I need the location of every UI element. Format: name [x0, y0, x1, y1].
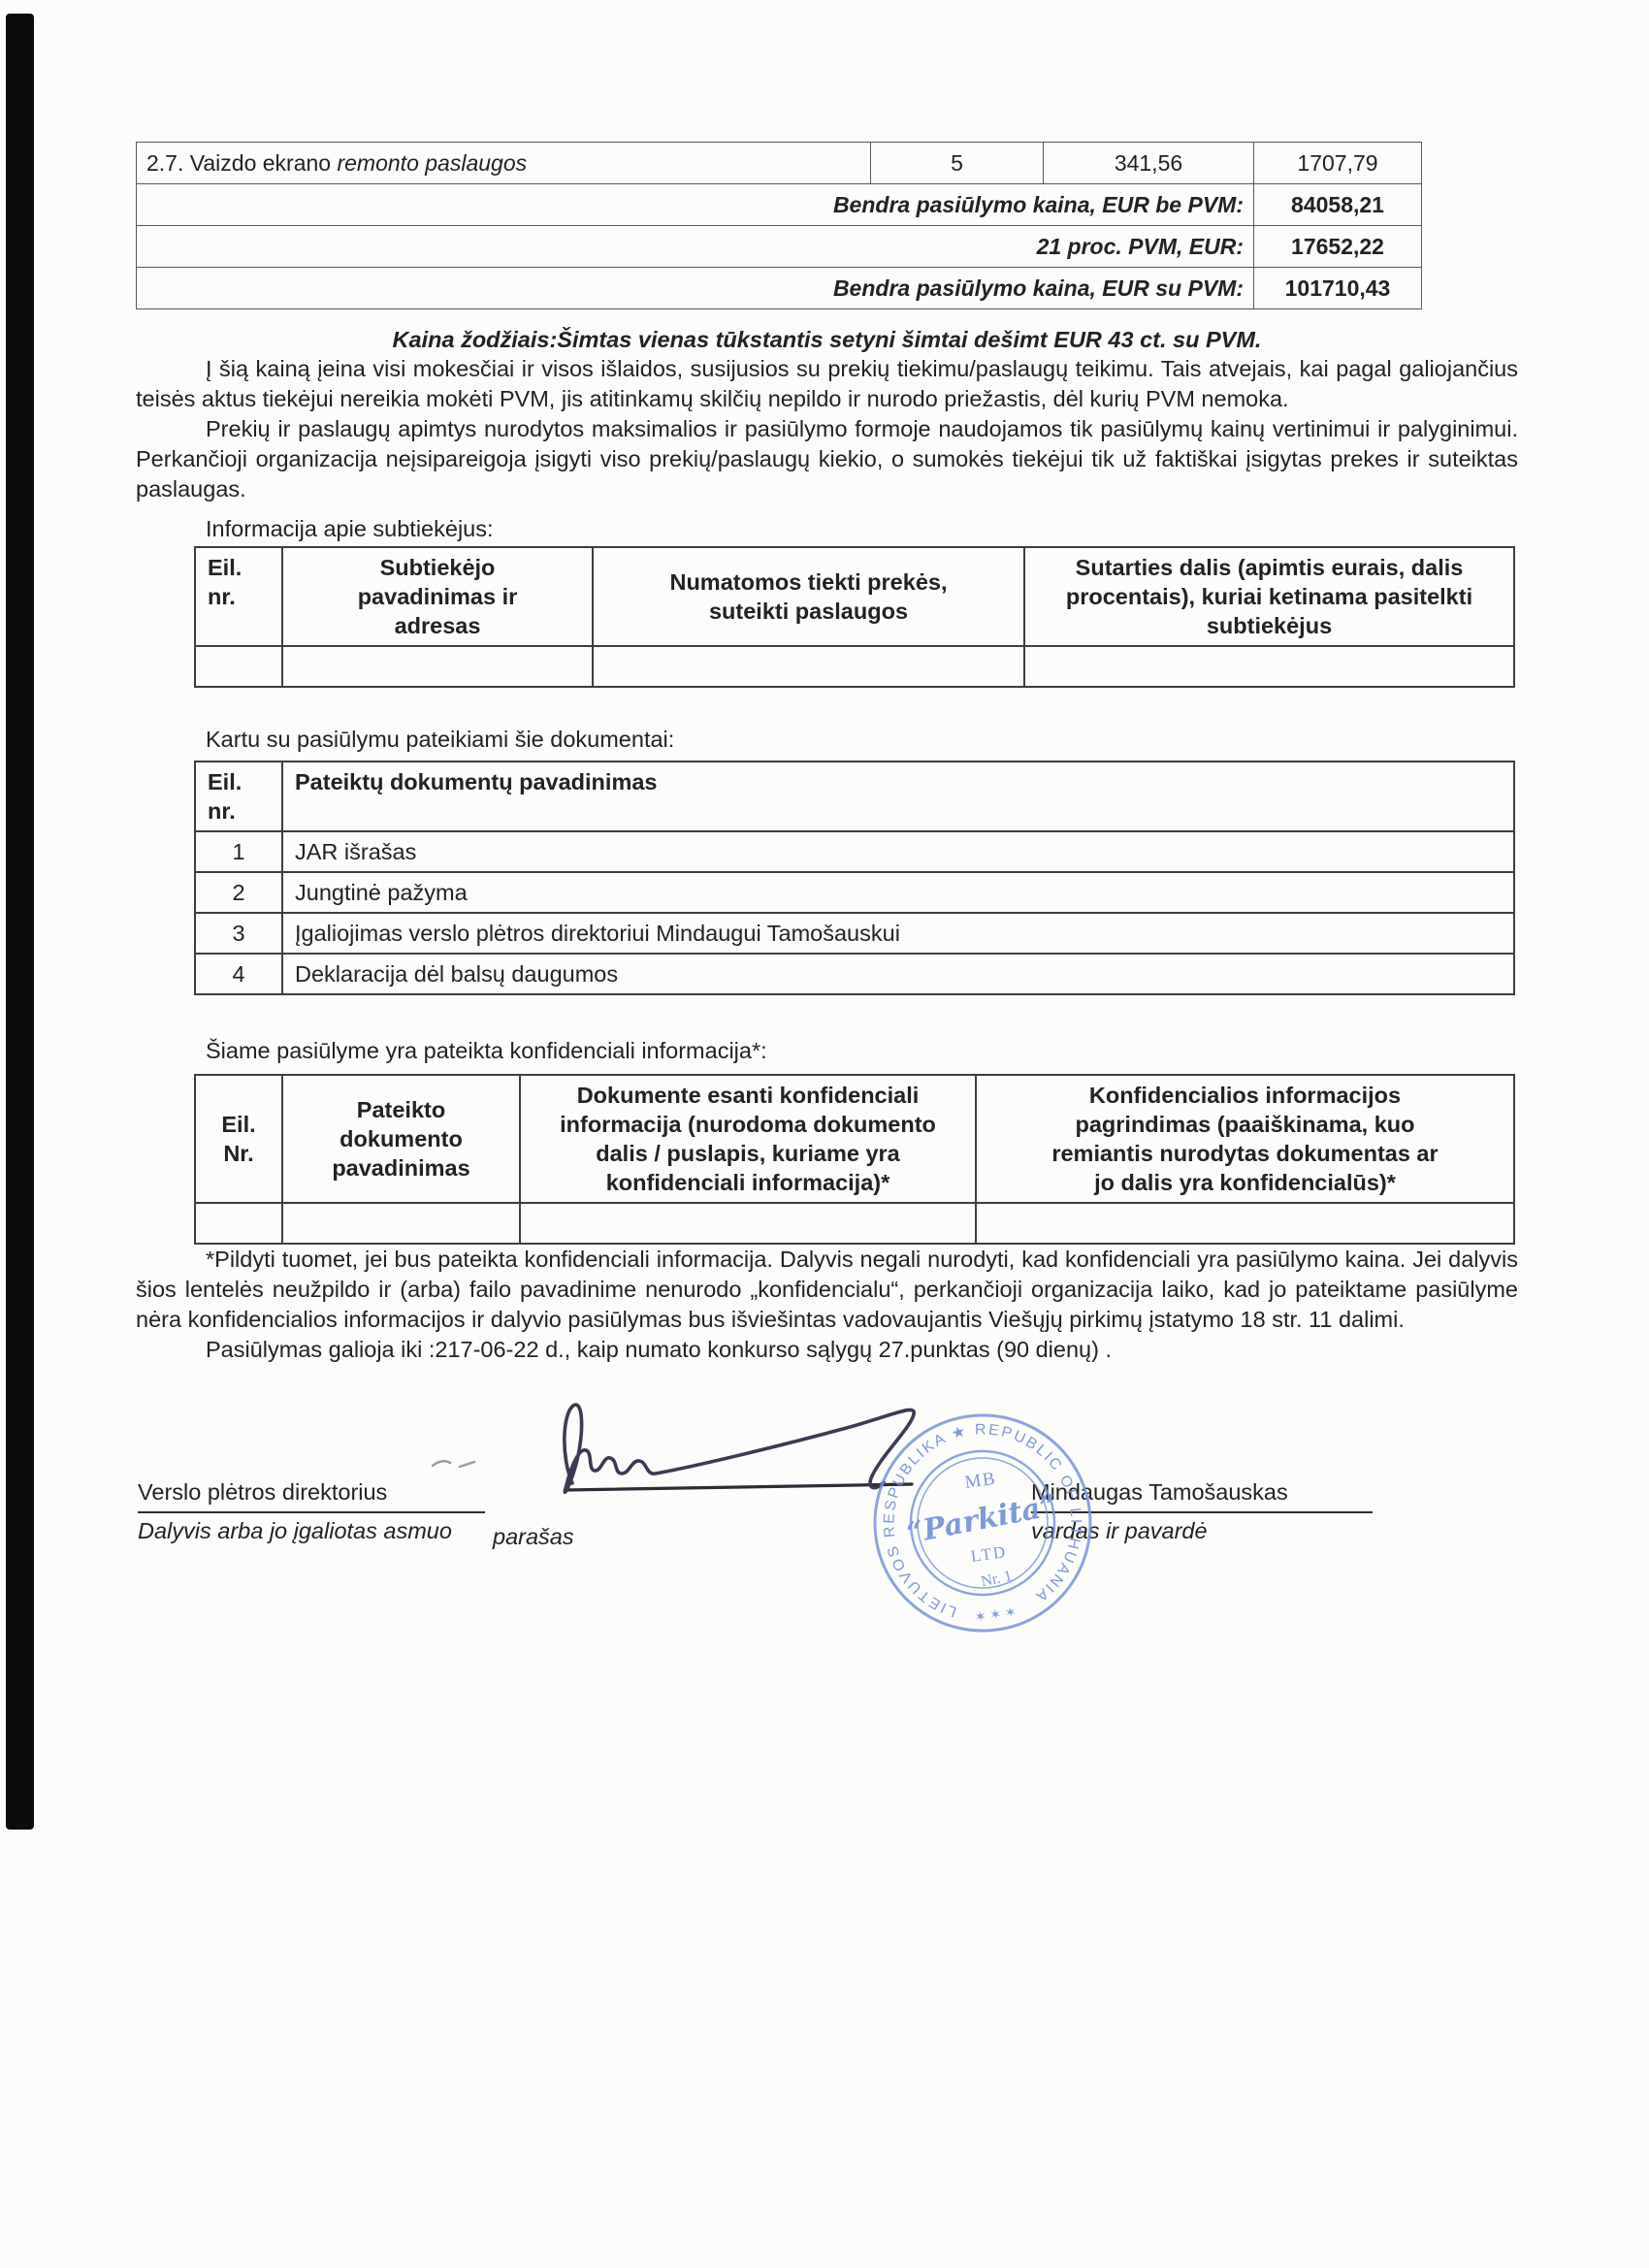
doc-name: Deklaracija dėl balsų daugumos	[282, 954, 1514, 994]
confidential-empty-row	[195, 1203, 1514, 1244]
total-ex-vat-value: 84058,21	[1254, 184, 1422, 226]
stamp-company-type: MB	[963, 1469, 997, 1493]
subcontractors-table: Eil. nr. Subtiekėjo pavadinimas ir adres…	[194, 546, 1515, 688]
sub-col-goods: Numatomos tiekti prekės, suteikti paslau…	[593, 547, 1024, 646]
stamp-number: Nr. 1	[980, 1568, 1014, 1590]
conf-col-doc: Pateikto dokumento pavadinimas	[282, 1075, 520, 1203]
document-row: 4 Deklaracija dėl balsų daugumos	[195, 954, 1514, 994]
signer-role-caption: Dalyvis arba jo įgaliotas asmuo	[138, 1518, 485, 1544]
item-unit-price-cell: 341,56	[1044, 143, 1254, 184]
doc-name: Įgaliojimas verslo plėtros direktoriui M…	[282, 913, 1514, 954]
stamp-ltd: LTD	[970, 1542, 1009, 1566]
empty-cell	[282, 1203, 520, 1244]
stamp-bottom-stars: ✶ ✶ ✶	[974, 1604, 1018, 1625]
documents-header-row: Eil. nr. Pateiktų dokumentų pavadinimas	[195, 761, 1514, 831]
sub-col-name: Subtiekėjo pavadinimas ir adresas	[282, 547, 593, 646]
price-item-row: 2.7. Vaizdo ekrano remonto paslaugos 5 3…	[137, 143, 1422, 184]
docs-col-nr: Eil. nr.	[195, 761, 282, 831]
documents-table: Eil. nr. Pateiktų dokumentų pavadinimas …	[194, 761, 1515, 995]
company-stamp: LIETUVOS RESPUBLIKA ★ REPUBLIC OF LITHUA…	[865, 1406, 1100, 1640]
empty-cell	[1024, 646, 1514, 687]
document-row: 2 Jungtinė pažyma	[195, 872, 1514, 913]
total-inc-vat-value: 101710,43	[1254, 268, 1422, 309]
doc-nr: 4	[195, 954, 282, 994]
empty-cell	[282, 646, 593, 687]
signature-caption: parašas	[493, 1524, 574, 1550]
sub-col-share: Sutarties dalis (apimtis eurais, dalis p…	[1024, 547, 1514, 646]
total-inc-vat-label: Bendra pasiūlymo kaina, EUR su PVM:	[137, 268, 1254, 309]
footnote-paragraph: *Pildyti tuomet, jei bus pateikta konfid…	[136, 1245, 1518, 1335]
doc-name: JAR išrašas	[282, 831, 1514, 872]
item-name-cell: 2.7. Vaizdo ekrano remonto paslaugos	[137, 143, 871, 184]
empty-cell	[195, 1203, 282, 1244]
document-content: 2.7. Vaizdo ekrano remonto paslaugos 5 3…	[136, 142, 1518, 1873]
paragraph-scope: Prekių ir paslaugų apimtys nurodytos mak…	[136, 414, 1518, 504]
empty-cell	[520, 1203, 976, 1244]
scanned-document-page: 2.7. Vaizdo ekrano remonto paslaugos 5 3…	[0, 0, 1649, 2268]
doc-name: Jungtinė pažyma	[282, 872, 1514, 913]
vat-label: 21 proc. PVM, EUR:	[137, 226, 1254, 268]
empty-cell	[593, 646, 1024, 687]
conf-col-nr: Eil. Nr.	[195, 1075, 282, 1203]
total-ex-vat-row: Bendra pasiūlymo kaina, EUR be PVM: 8405…	[137, 184, 1422, 226]
conf-col-basis: Konfidencialios informacijos pagrindimas…	[976, 1075, 1514, 1203]
paragraph-taxes: Į šią kainą įeina visi mokesčiai ir viso…	[136, 354, 1518, 414]
document-row: 3 Įgaliojimas verslo plėtros direktoriui…	[195, 913, 1514, 954]
doc-nr: 3	[195, 913, 282, 954]
confidential-header-row: Eil. Nr. Pateikto dokumento pavadinimas …	[195, 1075, 1514, 1203]
signer-role-group: Verslo plėtros direktorius Dalyvis arba …	[138, 1479, 485, 1544]
total-inc-vat-row: Bendra pasiūlymo kaina, EUR su PVM: 1017…	[137, 268, 1422, 309]
price-summary-table: 2.7. Vaizdo ekrano remonto paslaugos 5 3…	[136, 142, 1422, 309]
item-qty-cell: 5	[871, 143, 1044, 184]
item-label: 2.7. Vaizdo ekrano	[146, 150, 337, 176]
subcontractors-caption: Informacija apie subtiekėjus:	[136, 514, 1518, 544]
conf-col-info: Dokumente esanti konfidenciali informaci…	[520, 1075, 976, 1203]
item-label-italic: remonto paslaugos	[337, 150, 527, 176]
sub-col-nr: Eil. nr.	[195, 547, 282, 646]
price-in-words: Kaina žodžiais:Šimtas vienas tūkstantis …	[136, 325, 1518, 354]
signer-role: Verslo plėtros direktorius	[138, 1479, 485, 1513]
documents-caption: Kartu su pasiūlymu pateikiami šie dokume…	[136, 725, 1518, 755]
empty-cell	[195, 646, 282, 687]
item-total-cell: 1707,79	[1254, 143, 1422, 184]
doc-nr: 1	[195, 831, 282, 872]
doc-nr: 2	[195, 872, 282, 913]
confidential-caption: Šiame pasiūlyme yra pateikta konfidencia…	[136, 1036, 1518, 1066]
vat-row: 21 proc. PVM, EUR: 17652,22	[137, 226, 1422, 268]
empty-cell	[976, 1203, 1514, 1244]
signature-block: Verslo plėtros direktorius Dalyvis arba …	[136, 1466, 1518, 1873]
docs-col-name: Pateiktų dokumentų pavadinimas	[282, 761, 1514, 831]
scan-edge-artifact	[6, 14, 34, 1830]
subcontractors-header-row: Eil. nr. Subtiekėjo pavadinimas ir adres…	[195, 547, 1514, 646]
subcontractors-empty-row	[195, 646, 1514, 687]
total-ex-vat-label: Bendra pasiūlymo kaina, EUR be PVM:	[137, 184, 1254, 226]
document-row: 1 JAR išrašas	[195, 831, 1514, 872]
validity-line: Pasiūlymas galioja iki :217-06-22 d., ka…	[136, 1335, 1518, 1365]
confidential-table: Eil. Nr. Pateikto dokumento pavadinimas …	[194, 1074, 1515, 1245]
stamp-company-name: “Parkita”	[904, 1488, 1060, 1550]
vat-value: 17652,22	[1254, 226, 1422, 268]
